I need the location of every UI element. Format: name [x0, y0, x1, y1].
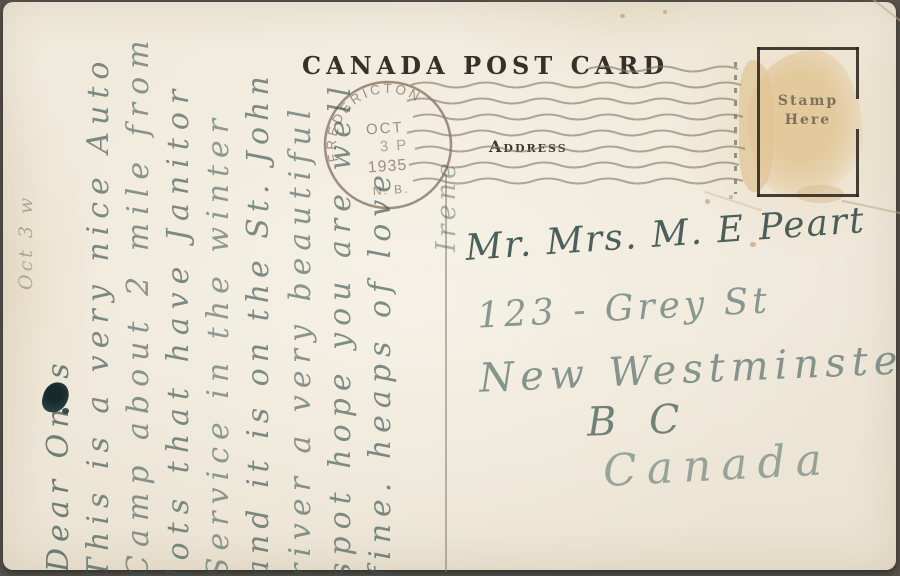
address-line-province: B C [586, 396, 690, 446]
foxing-spot [729, 195, 733, 199]
message-line: spot hope you are well [323, 80, 358, 576]
message-signature: Irene [431, 159, 462, 252]
foxing-spot [663, 10, 667, 14]
message-line: lots that have Janitor [161, 82, 196, 576]
message-line: and it is on the St. John [241, 70, 276, 576]
foxing-spot [705, 199, 710, 204]
stamp-box-border-top [757, 47, 859, 50]
stamp-here-text: Stamp Here [757, 92, 859, 130]
message-line: river a very beautiful [283, 103, 318, 576]
stamp-box-border-right-lower [856, 129, 859, 197]
corner-crease [857, 0, 900, 43]
foxing-spot [620, 14, 625, 18]
postcard-back: CANADA POST CARD Address FREDERICTON [3, 2, 896, 570]
postcard-photo: CANADA POST CARD Address FREDERICTON [0, 0, 900, 576]
stamp-here-line2: Here [757, 111, 859, 130]
message-line: This is a very nice Auto [81, 55, 116, 576]
pencil-date-note: Oct 3 w [15, 195, 37, 290]
ink-blot-dot [62, 408, 69, 414]
address-line-country: Canada [602, 434, 833, 497]
postmark-time: 3 P [379, 137, 409, 156]
message-line: Camp about 2 mile from [121, 32, 156, 576]
stamp-here-line1: Stamp [757, 92, 859, 111]
message-line: fine. heaps of love [363, 168, 398, 576]
address-line-recipient: Mr. Mrs. M. E Peart [464, 200, 867, 269]
address-line-city: New Westminster [478, 336, 900, 402]
stamp-box-border-bottom [757, 194, 859, 197]
message-line: Service in the winter [201, 112, 236, 576]
postmark-month: OCT [365, 119, 404, 139]
address-line-street: 123 - Grey St [476, 280, 772, 336]
